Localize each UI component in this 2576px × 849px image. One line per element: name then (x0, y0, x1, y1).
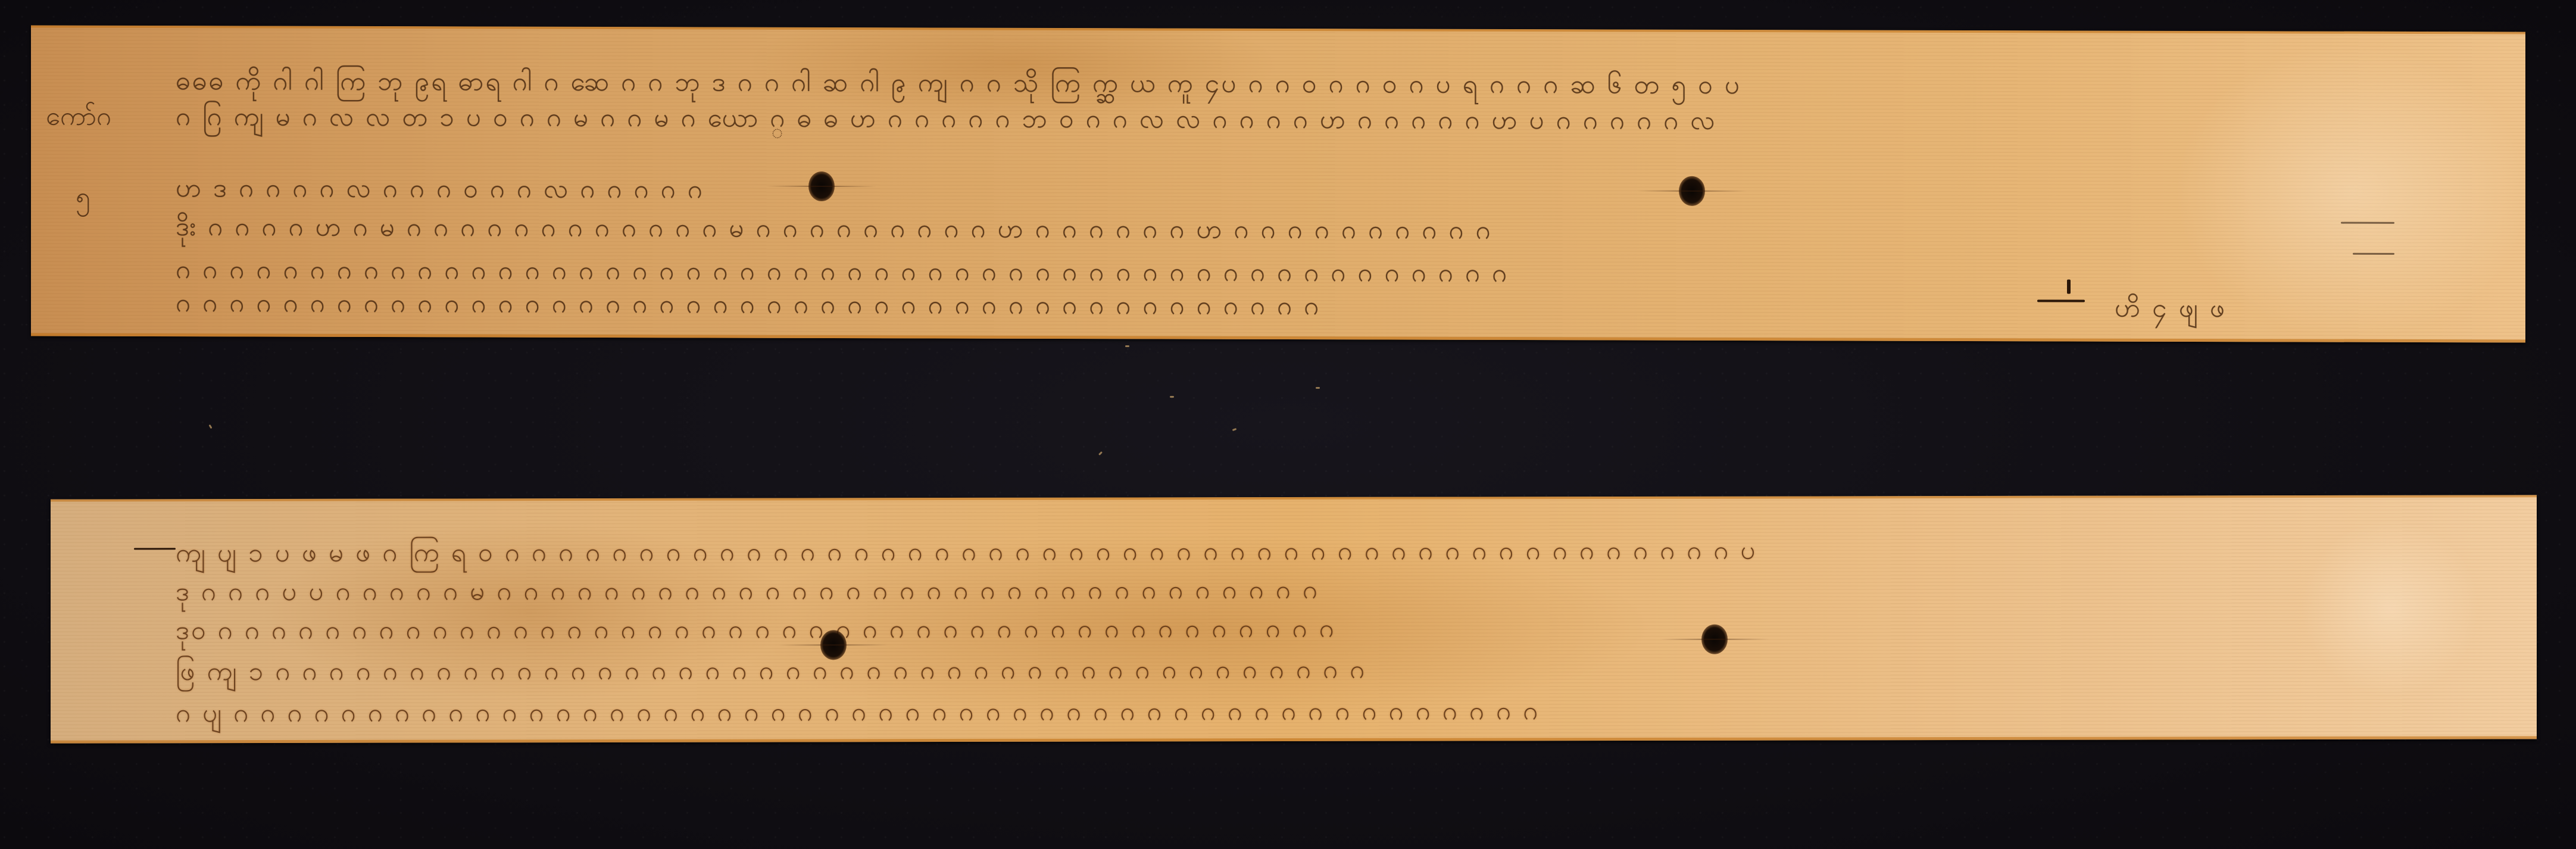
lint-speck (1316, 387, 1320, 389)
palm-leaf-top: ကော်ဂ ၅ ဓဓဓ ကို ဂါ ဂါ ကြ ဘု ၉ရ ဓာရ ဂါ ဂ … (31, 26, 2525, 343)
manuscript-line-4: ဖြ ကျ ၁ ဂ ဂ ဂ ဂ ဂ ဂ ဂ ဂ ဂ ဂ ဂ ဂ ဂ ဂ ဂ ဂ … (176, 653, 1366, 693)
margin-mark (134, 548, 176, 550)
binding-hole-left (808, 171, 835, 201)
edge-mark (2353, 253, 2394, 255)
lint-speck (208, 424, 212, 429)
manuscript-line-3: ဒုဝ ဂ ဂ ဂ ဂ ဂ ဂ ဂ ဂ ဂ ဂ ဂ ဂ ဂ ဂ ဂ ဂ ဂ ဂ … (176, 612, 1336, 652)
lint-speck (1125, 345, 1129, 347)
lint-speck (1232, 428, 1237, 431)
lint-speck (1098, 451, 1103, 455)
folio-label: ကော်ဂ (46, 100, 111, 138)
section-mark (2067, 279, 2071, 294)
section-mark (2037, 299, 2085, 302)
manuscript-line-3: ဟ ဒ ဂ ဂ ဂ ဂ လ ဂ ဂ ဂ ၀ ဂ ဂ လ ဂ ဂ ဂ ဂ ဂ (176, 171, 704, 211)
manuscript-trailing-text: ဟိ ၄ ဖျ ဖ (2115, 292, 2227, 330)
binding-hole-left (820, 630, 847, 660)
folio-numeral: ၅ (76, 180, 90, 219)
glare (2174, 43, 2525, 342)
manuscript-line-5: ဂ ပျ ဂ ဂ ဂ ဂ ဂ ဂ ဂ ဂ ဂ ဂ ဂ ဂ ဂ ဂ ဂ ဂ ဂ ဂ… (176, 694, 1540, 735)
manuscript-line-6: ဂ ဂ ဂ ဂ ဂ ဂ ဂ ဂ ဂ ဂ ဂ ဂ ဂ ဂ ဂ ဂ ဂ ဂ ဂ ဂ … (176, 286, 1320, 327)
glare (2301, 519, 2480, 698)
palm-leaf-bottom: ကျ ပျ ၁ ပ ဖ မ ဖ ဂ ကြ ရ ၀ ဂ ဂ ဂ ဂ ဂ ဂ ဂ ဂ… (51, 495, 2537, 743)
manuscript-line-2: ဒု ဂ ဂ ဂ ပ ပ ဂ ဂ ဂ ဂ ဂ မ ဂ ဂ ဂ ဂ ဂ ဂ ဂ ဂ… (176, 573, 1319, 613)
manuscript-line-2: ဂ ဂြ ကျ မ ဂ လ လ တ ၁ ပ ၀ ဂ ဂ မ ဂ ဂ မ ဂ ယေ… (176, 100, 1716, 142)
manuscript-line-1: ကျ ပျ ၁ ပ ဖ မ ဖ ဂ ကြ ရ ၀ ဂ ဂ ဂ ဂ ဂ ဂ ဂ ဂ… (176, 534, 1757, 575)
edge-mark (2341, 222, 2394, 224)
lint-speck (1170, 396, 1174, 398)
binding-hole-right (1679, 176, 1705, 206)
binding-hole-right (1701, 625, 1728, 654)
manuscript-line-4: ဒိုး ဂ ဂ ဂ ဂ ဟ ဂ မ ဂ ဂ ဂ ဂ ဂ ဂ ဂ ဂ ဂ ဂ ဂ… (176, 210, 1492, 252)
